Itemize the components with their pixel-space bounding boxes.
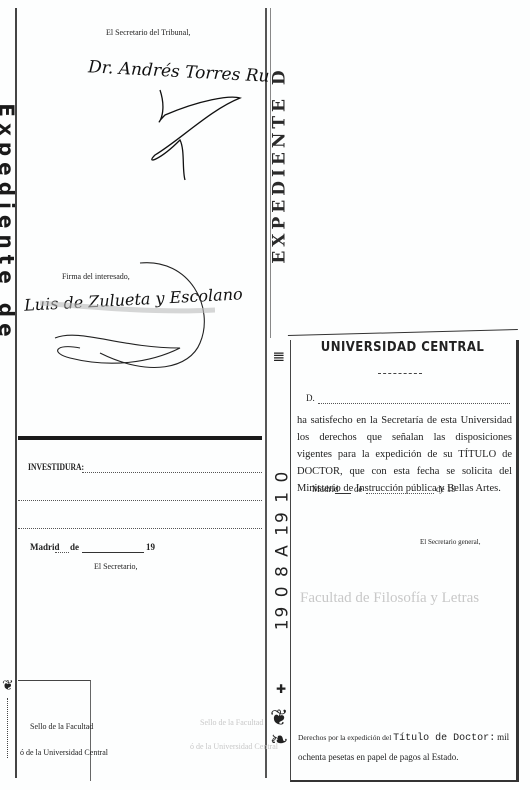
left-border-rule [15,8,17,778]
title-underline [378,373,422,374]
investiture-field-line2[interactable] [18,500,262,501]
d-label: D. [306,393,315,403]
right-date-day-field[interactable] [335,493,351,494]
tribunal-secretary-label: El Secretario del Tribunal, [106,28,190,37]
floral-ornament-icon: ❦❧ [270,708,288,752]
left-date-month-field[interactable] [82,552,144,553]
recipient-name-field[interactable] [318,403,510,404]
right-vertical-banner: EXPEDIENTE D [272,0,288,330]
seal-line2: ó de la Universidad Central [20,748,108,757]
investiture-label: INVESTIDURA: [28,462,84,472]
fee-notice: Derechos por la expedición del Título de… [298,728,513,767]
faint-stamp-line1: Sello de la Facultad [200,718,263,727]
signature-loop-icon [40,258,215,383]
right-date-de1: de [354,484,363,494]
year-range: 19 0 8 A 19 1 0 [272,470,292,631]
ornament-dotted-line [7,698,9,758]
faint-stamp-line2: ó de la Universidad Central [190,742,278,751]
cross-ornament-icon: ✚ [276,682,286,696]
right-banner-text: EXPEDIENTE D [270,66,290,263]
investiture-field-line3[interactable] [18,528,262,529]
seal-line1: Sello de la Facultad [30,722,93,731]
signature-flourish-icon [140,80,250,190]
receipt-panel [290,340,519,782]
investiture-field-line1[interactable] [82,472,262,473]
section-divider [18,436,262,440]
ornament-icon: ❦ [2,678,14,694]
right-date-year: de 19 [436,484,456,494]
left-date-year: 19 [146,542,155,552]
university-title: UNIVERSIDAD CENTRAL [301,340,504,355]
left-vertical-banner: Expediente de [0,0,14,445]
fee-prefix: Derechos por la expedición del [298,733,391,742]
year-range-container: 19 0 8 A 19 1 0 [262,420,302,680]
left-date-de1: de [70,542,79,552]
fee-title: Título de Doctor: [393,733,495,744]
faint-faculty-text: Facultad de Filosofía y Letras [300,590,479,607]
right-date-month-field[interactable] [366,493,434,494]
general-secretary-label: El Secretario general, [420,538,480,546]
left-secretary-label: El Secretario, [94,562,138,571]
left-date-day-field[interactable] [55,552,69,553]
left-date-city: Madrid [30,542,60,552]
